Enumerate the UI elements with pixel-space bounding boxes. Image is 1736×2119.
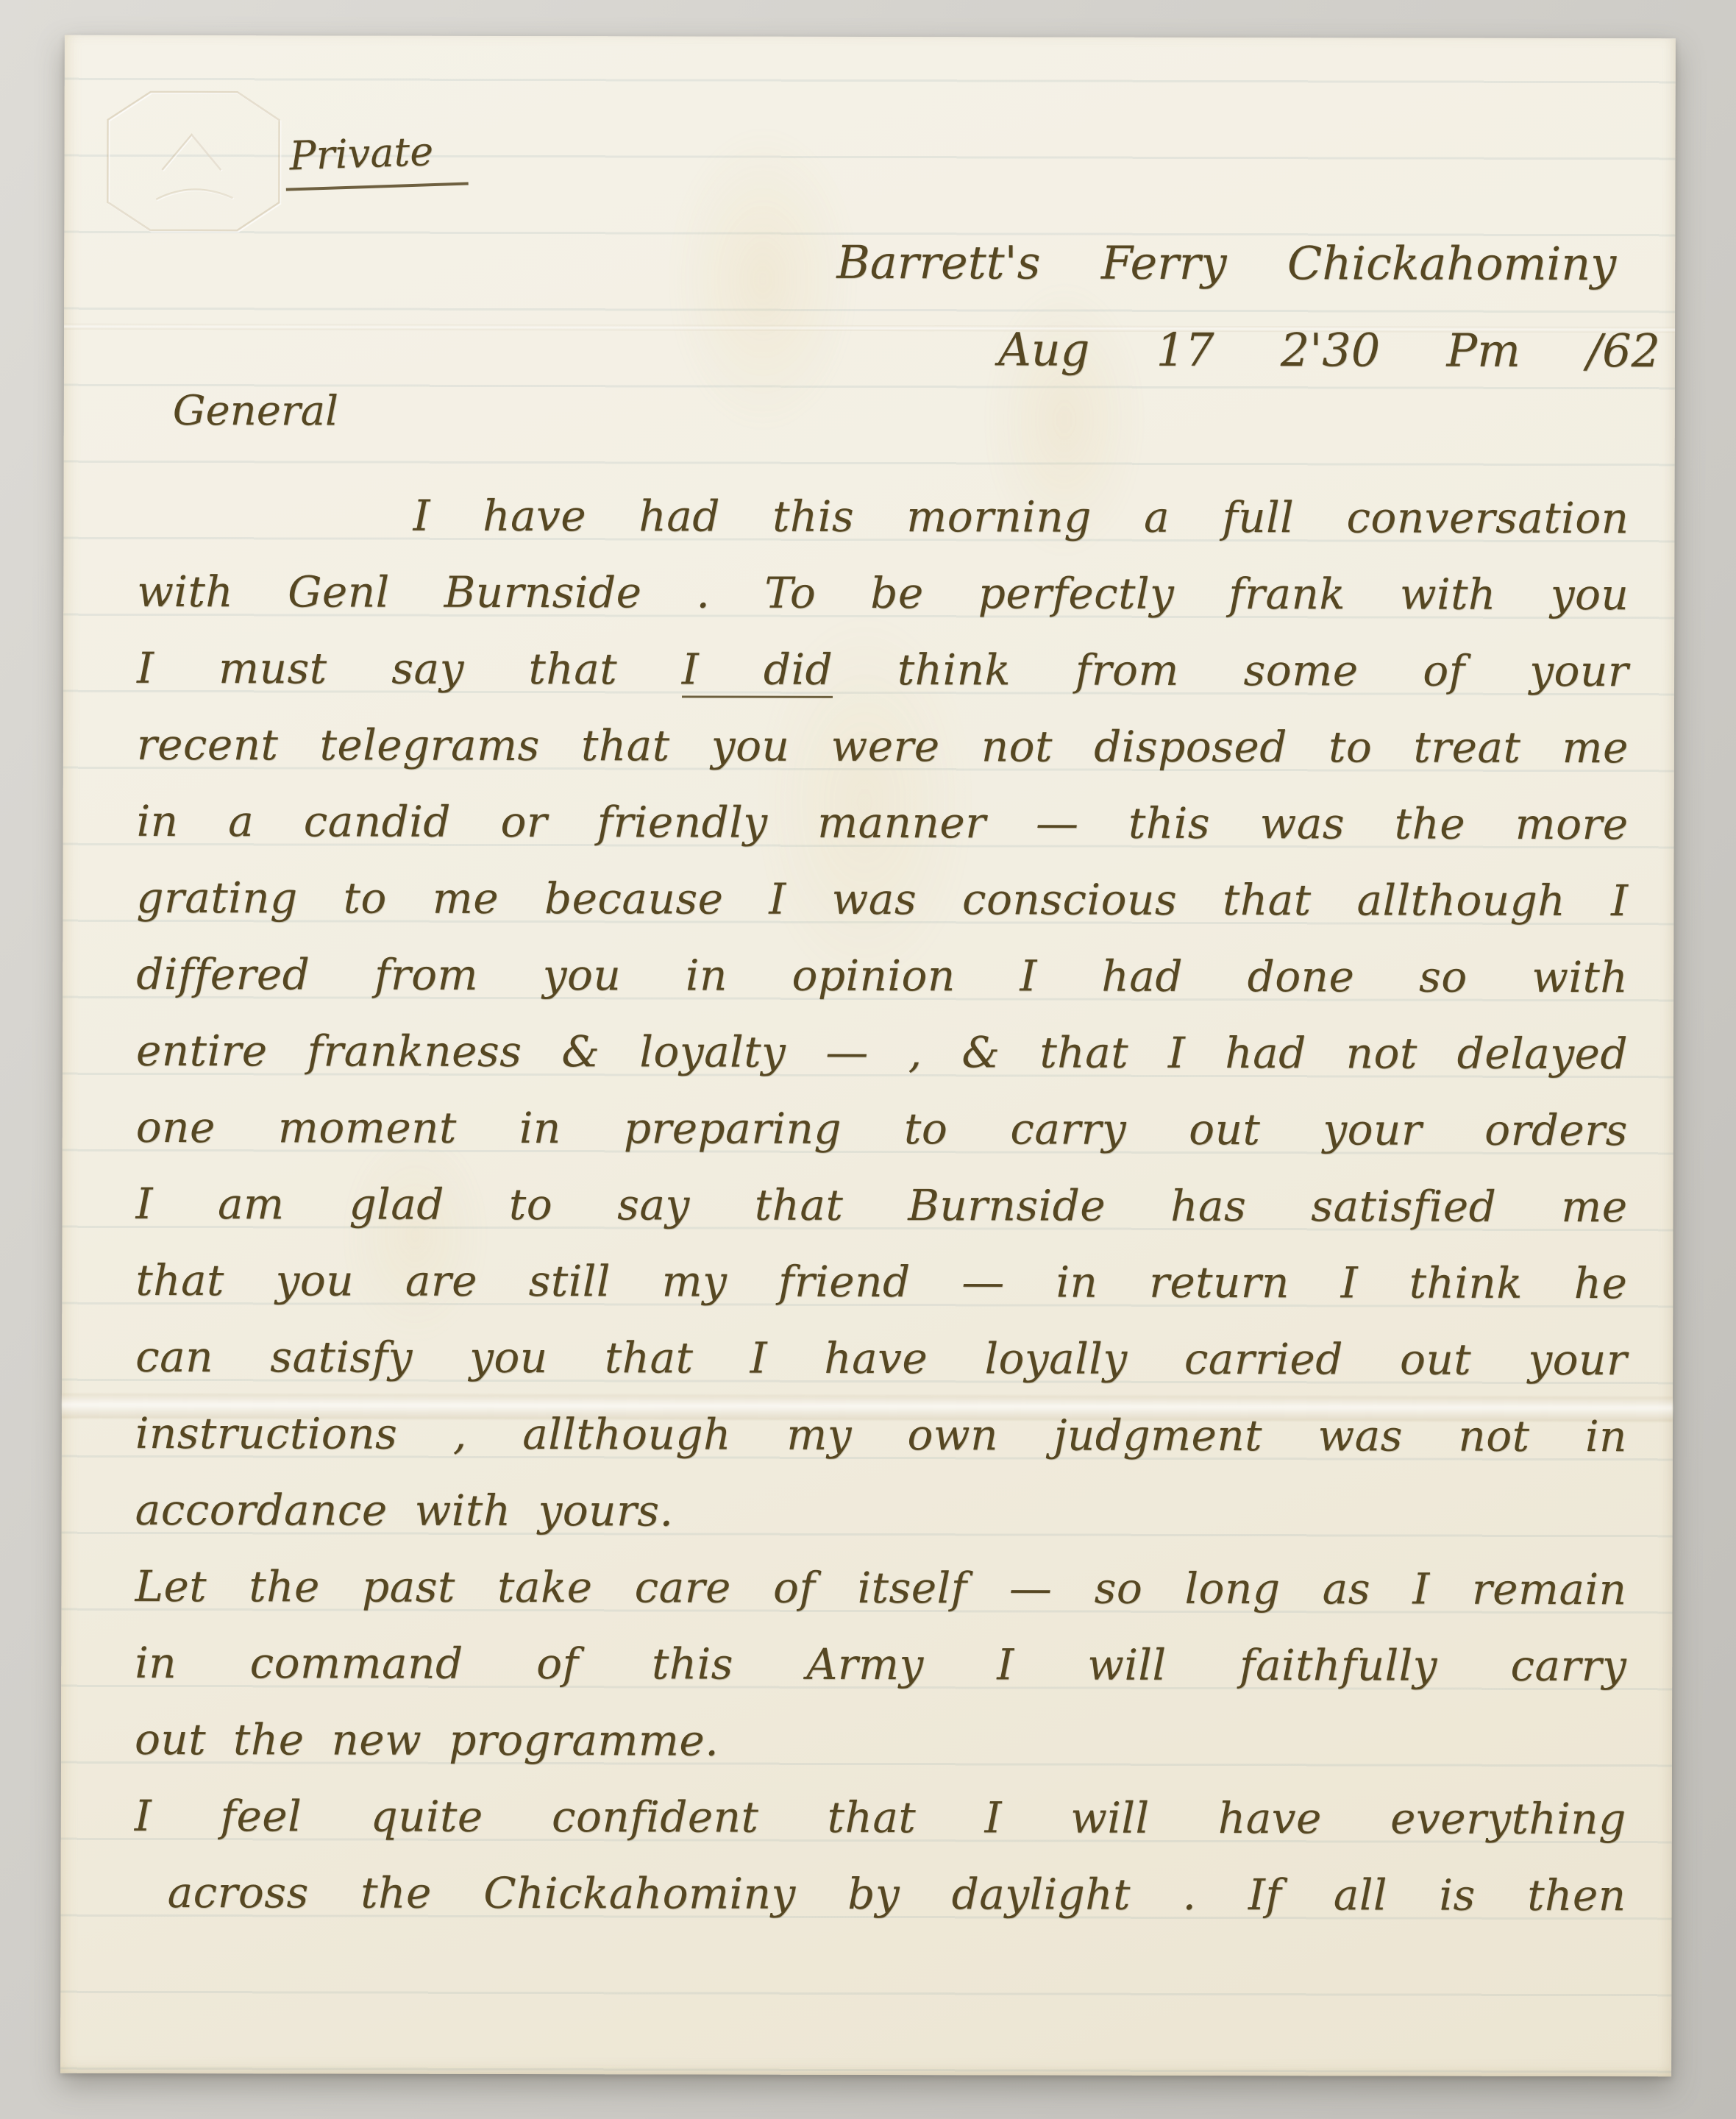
manuscript-line: I am glad to say that Burnside has satis… xyxy=(135,1165,1627,1245)
letter-page: Private Barrett's Ferry Chickahominy Aug… xyxy=(60,35,1676,2077)
manuscript-line: I have had this morning a full conversat… xyxy=(137,477,1629,556)
manuscript-line: grating to me because I was conscious th… xyxy=(136,859,1628,939)
line-segment: think from some of your xyxy=(833,645,1629,696)
manuscript-line: entire frankness & loyalty — , & that I … xyxy=(136,1012,1628,1092)
stain xyxy=(667,124,859,434)
salutation: General xyxy=(173,387,338,435)
manuscript-line: that you are still my friend — in return… xyxy=(135,1242,1627,1321)
manuscript-line: I feel quite confident that I will have … xyxy=(135,1778,1626,1857)
photo-background: Private Barrett's Ferry Chickahominy Aug… xyxy=(0,0,1736,2119)
header-place-line: Barrett's Ferry Chickahominy xyxy=(836,235,1616,291)
manuscript-line: I must say that I did think from some of… xyxy=(137,630,1629,709)
blind-emboss-seal-icon xyxy=(104,89,281,234)
manuscript-line: accordance with yours. xyxy=(135,1472,1627,1551)
manuscript-line: with Genl Burnside . To be perfectly fra… xyxy=(137,553,1629,633)
manuscript-line: in command of this Army I will faithfull… xyxy=(135,1625,1626,1704)
manuscript-line: across the Chickahominy by daylight . If… xyxy=(135,1854,1626,1934)
letter-body: I have had this morning a full conversat… xyxy=(135,477,1629,1934)
manuscript-line: one moment in preparing to carry out you… xyxy=(136,1089,1628,1168)
header-date-line: Aug 17 2'30 Pm /62 xyxy=(998,322,1660,377)
private-label: Private xyxy=(284,127,468,191)
manuscript-line: instructions , allthough my own judgment… xyxy=(135,1395,1627,1474)
manuscript-line: Let the past take care of itself — so lo… xyxy=(135,1548,1626,1628)
private-label-text: Private xyxy=(284,127,468,191)
manuscript-line: can satisfy you that I have loyally carr… xyxy=(135,1318,1627,1398)
manuscript-line: recent telegrams that you were not dispo… xyxy=(137,706,1629,786)
underlined-phrase: I did xyxy=(682,644,833,698)
manuscript-line: out the new programme. xyxy=(135,1701,1626,1781)
line-segment: I must say that xyxy=(137,643,682,695)
manuscript-line: differed from you in opinion I had done … xyxy=(136,936,1628,1015)
manuscript-line: in a candid or friendly manner — this wa… xyxy=(137,783,1629,862)
